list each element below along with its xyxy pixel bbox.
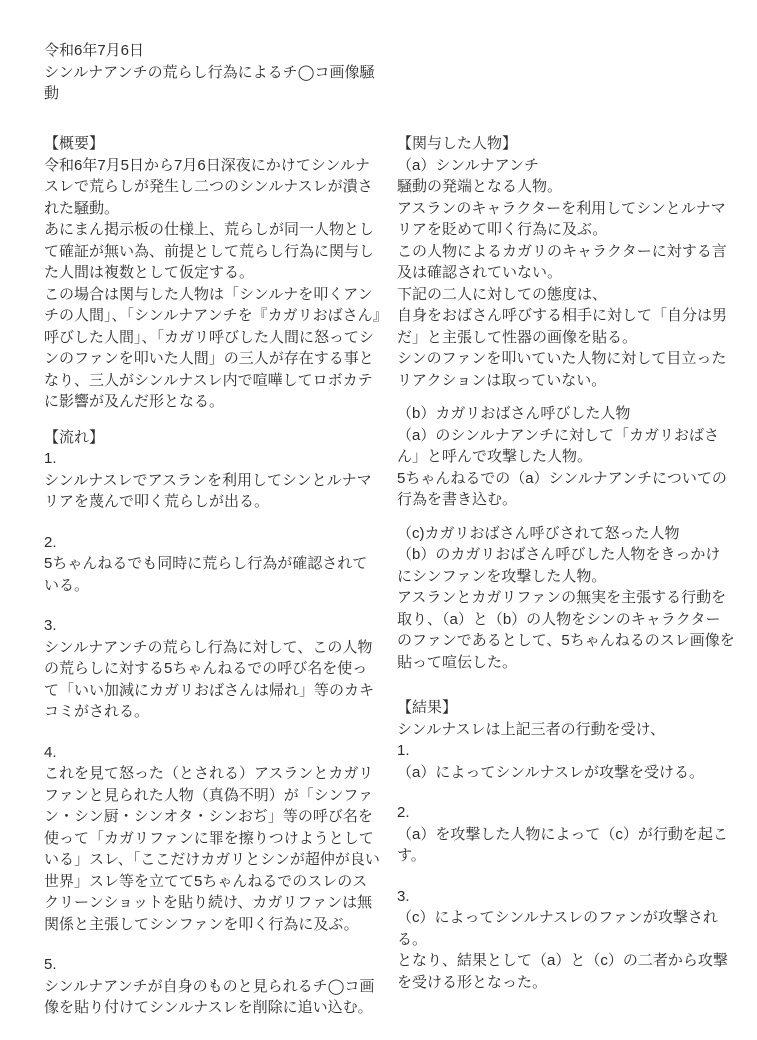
flow-item-text: シンルナアンチの荒らし行為に対して、この人物の荒らしに対する5ちゃんねるでの呼び… [44, 637, 382, 723]
flow-item-text: これを見て怒った（とされる）アスランとカガリファンと見られた人物（真偽不明）が「… [44, 763, 382, 935]
overview-body: 令和6年7月5日から7月6日深夜にかけてシンルナスレで荒らしが発生し二つのシンル… [44, 155, 382, 413]
flow-item-number: 4. [44, 742, 382, 764]
person-label: （b）カガリおばさん呼びした人物 [397, 403, 735, 425]
flow-item-1: 1. シンルナスレでアスランを利用してシンとルナマリアを蔑んで叩く荒らしが出る。 [44, 448, 382, 513]
people-heading: 【関与した人物】 [397, 133, 735, 155]
flow-item-number: 5. [44, 954, 382, 976]
result-item-number: 1. [397, 740, 735, 762]
flow-item-text: シンルナアンチが自身のものと見られるチ◯コ画像を貼り付けてシンルナスレを削除に追… [44, 976, 382, 1019]
flow-item-2: 2. 5ちゃんねるでも同時に荒らし行為が確認されている。 [44, 532, 382, 597]
result-item-text: （c）によってシンルナスレのファンが攻撃される。 [397, 907, 735, 950]
flow-item-number: 3. [44, 615, 382, 637]
person-body: （b）のカガリおばさん呼びした人物をきっかけにシンファンを攻撃した人物。 アスラ… [397, 544, 735, 673]
result-item-text: （a）によってシンルナスレが攻撃を受ける。 [397, 762, 735, 784]
flow-heading: 【流れ】 [44, 427, 382, 449]
result-item-text: （a）を攻撃した人物によって（c）が行動を起こす。 [397, 824, 735, 867]
document-date: 令和6年7月6日 [44, 40, 382, 62]
result-heading: 【結果】 [397, 697, 735, 719]
flow-item-text: 5ちゃんねるでも同時に荒らし行為が確認されている。 [44, 553, 382, 596]
flow-item-text: シンルナスレでアスランを利用してシンとルナマリアを蔑んで叩く荒らしが出る。 [44, 470, 382, 513]
result-item-1: 1. （a）によってシンルナスレが攻撃を受ける。 [397, 740, 735, 783]
flow-item-number: 1. [44, 448, 382, 470]
person-body: （a）のシンルナアンチに対して「カガリおばさん」と呼んで攻撃した人物。 5ちゃん… [397, 425, 735, 511]
person-label: （c)カガリおばさん呼びされて怒った人物 [397, 523, 735, 545]
result-item-number: 2. [397, 802, 735, 824]
person-entry-a: （a）シンルナアンチ 騒動の発端となる人物。 アスランのキャラクターを利用してシ… [397, 155, 735, 392]
result-item-3: 3. （c）によってシンルナスレのファンが攻撃される。 [397, 886, 735, 951]
person-label: （a）シンルナアンチ [397, 155, 735, 177]
flow-item-3: 3. シンルナアンチの荒らし行為に対して、この人物の荒らしに対する5ちゃんねるで… [44, 615, 382, 723]
result-outro: となり、結果として（a）と（c）の二者から攻撃を受ける形となった。 [397, 950, 735, 993]
flow-item-5: 5. シンルナアンチが自身のものと見られるチ◯コ画像を貼り付けてシンルナスレを削… [44, 954, 382, 1019]
document-page: 令和6年7月6日 シンルナアンチの荒らし行為によるチ◯コ画像騒動 【概要】 令和… [0, 0, 757, 1040]
document-title: シンルナアンチの荒らし行為によるチ◯コ画像騒動 [44, 62, 382, 105]
person-body: 騒動の発端となる人物。 アスランのキャラクターを利用してシンとルナマリアを貶めて… [397, 176, 735, 391]
person-entry-c: （c)カガリおばさん呼びされて怒った人物 （b）のカガリおばさん呼びした人物をき… [397, 523, 735, 674]
document-header: 令和6年7月6日 シンルナアンチの荒らし行為によるチ◯コ画像騒動 [44, 40, 382, 105]
overview-heading: 【概要】 [44, 133, 382, 155]
result-item-2: 2. （a）を攻撃した人物によって（c）が行動を起こす。 [397, 802, 735, 867]
flow-item-4: 4. これを見て怒った（とされる）アスランとカガリファンと見られた人物（真偽不明… [44, 742, 382, 936]
right-column: 【関与した人物】 （a）シンルナアンチ 騒動の発端となる人物。 アスランのキャラ… [397, 133, 735, 993]
person-entry-b: （b）カガリおばさん呼びした人物 （a）のシンルナアンチに対して「カガリおばさん… [397, 403, 735, 511]
result-item-number: 3. [397, 886, 735, 908]
left-column: 【概要】 令和6年7月5日から7月6日深夜にかけてシンルナスレで荒らしが発生し二… [44, 133, 382, 1019]
flow-item-number: 2. [44, 532, 382, 554]
result-intro: シンルナスレは上記三者の行動を受け、 [397, 719, 735, 741]
